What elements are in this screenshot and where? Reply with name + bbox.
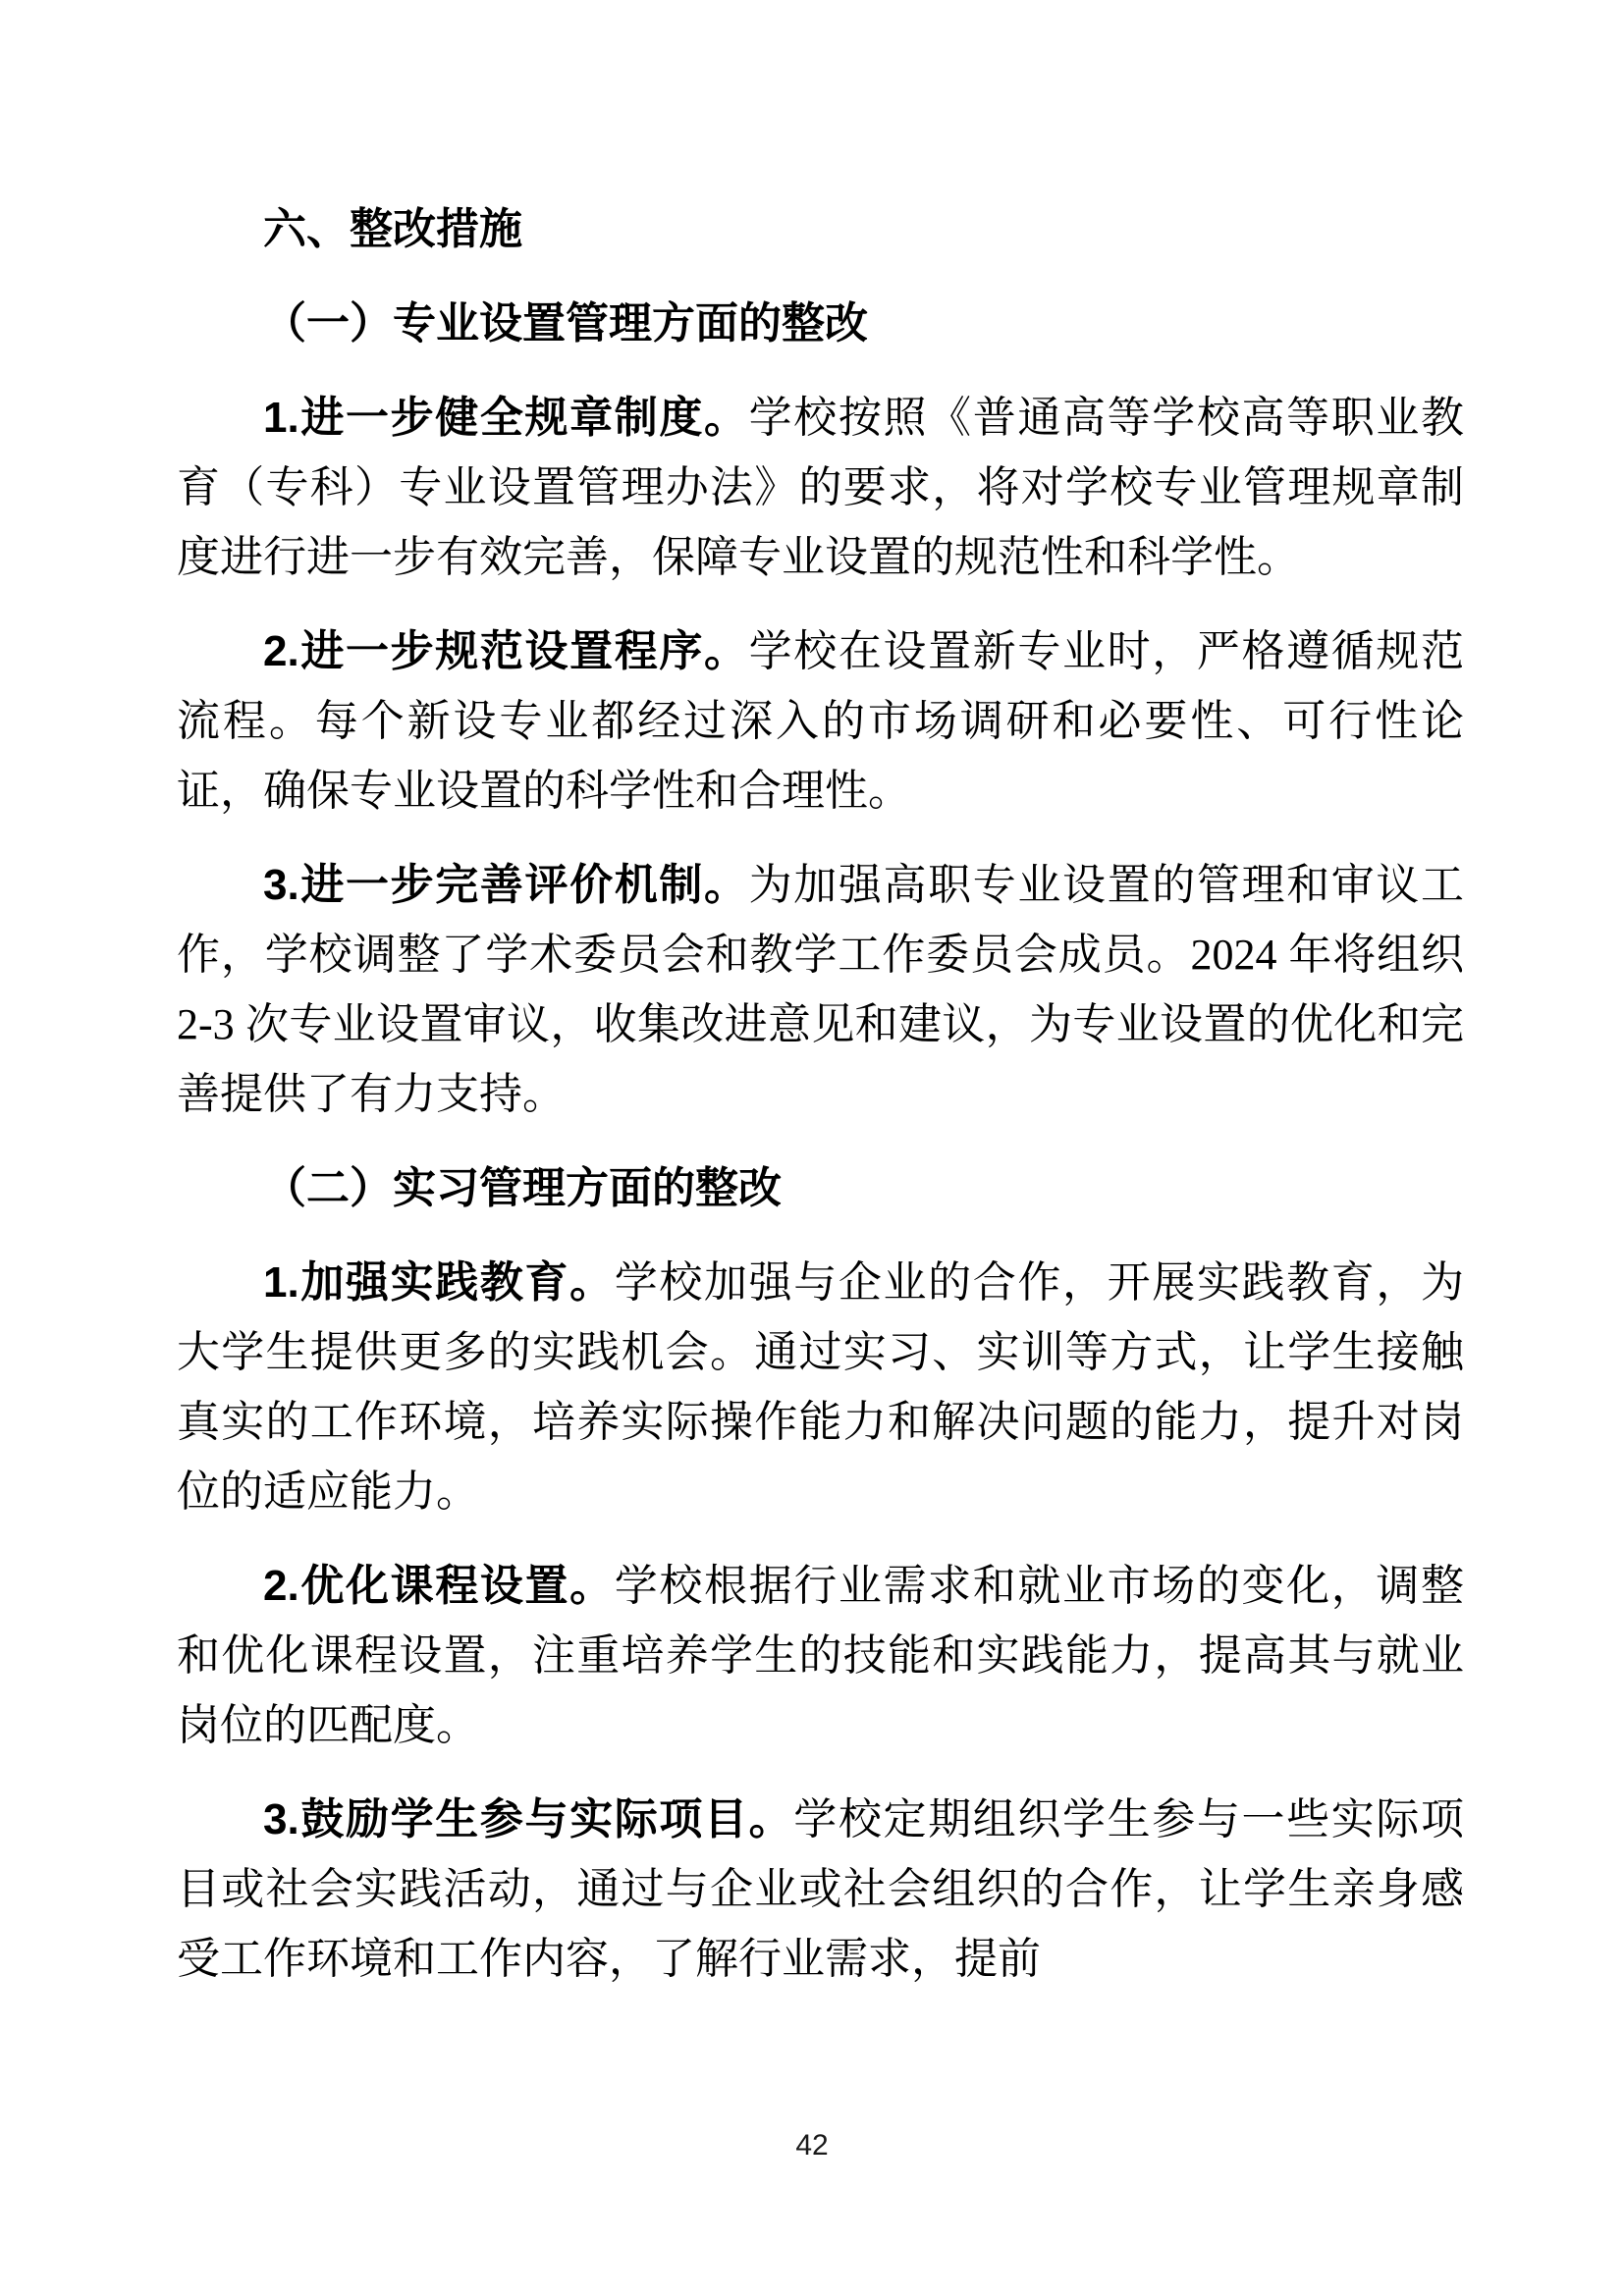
paragraph-lead: 1.进一步健全规章制度。 [263,394,749,442]
section-1-title: （一）专业设置管理方面的整改 [177,289,1464,358]
paragraph-lead: 2.优化课程设置。 [263,1562,615,1610]
section-2-title: （二）实习管理方面的整改 [177,1153,1464,1223]
paragraph-lead: 2.进一步规范设置程序。 [263,627,749,675]
paragraph: 1.加强实践教育。学校加强与企业的合作，开展实践教育，为大学生提供更多的实践机会… [177,1248,1464,1526]
document-page: 六、整改措施 （一）专业设置管理方面的整改 1.进一步健全规章制度。学校按照《普… [0,0,1624,2296]
paragraph-lead: 3.鼓励学生参与实际项目。 [263,1795,793,1843]
paragraph: 1.进一步健全规章制度。学校按照《普通高等学校高等职业教育（专科）专业设置管理办… [177,383,1464,592]
paragraph: 3.鼓励学生参与实际项目。学校定期组织学生参与一些实际项目或社会实践活动，通过与… [177,1785,1464,1994]
paragraph: 2.进一步规范设置程序。学校在设置新专业时，严格遵循规范流程。每个新设专业都经过… [177,616,1464,826]
paragraph-lead: 1.加强实践教育。 [263,1258,615,1307]
paragraph: 2.优化课程设置。学校根据行业需求和就业市场的变化，调整和优化课程设置，注重培养… [177,1551,1464,1760]
paragraph: 3.进一步完善评价机制。为加强高职专业设置的管理和审议工作，学校调整了学术委员会… [177,850,1464,1129]
main-heading: 六、整改措施 [177,194,1464,264]
document-content: 六、整改措施 （一）专业设置管理方面的整改 1.进一步健全规章制度。学校按照《普… [177,194,1464,1994]
paragraph-lead: 3.进一步完善评价机制。 [263,861,749,909]
page-number: 42 [0,2131,1624,2161]
